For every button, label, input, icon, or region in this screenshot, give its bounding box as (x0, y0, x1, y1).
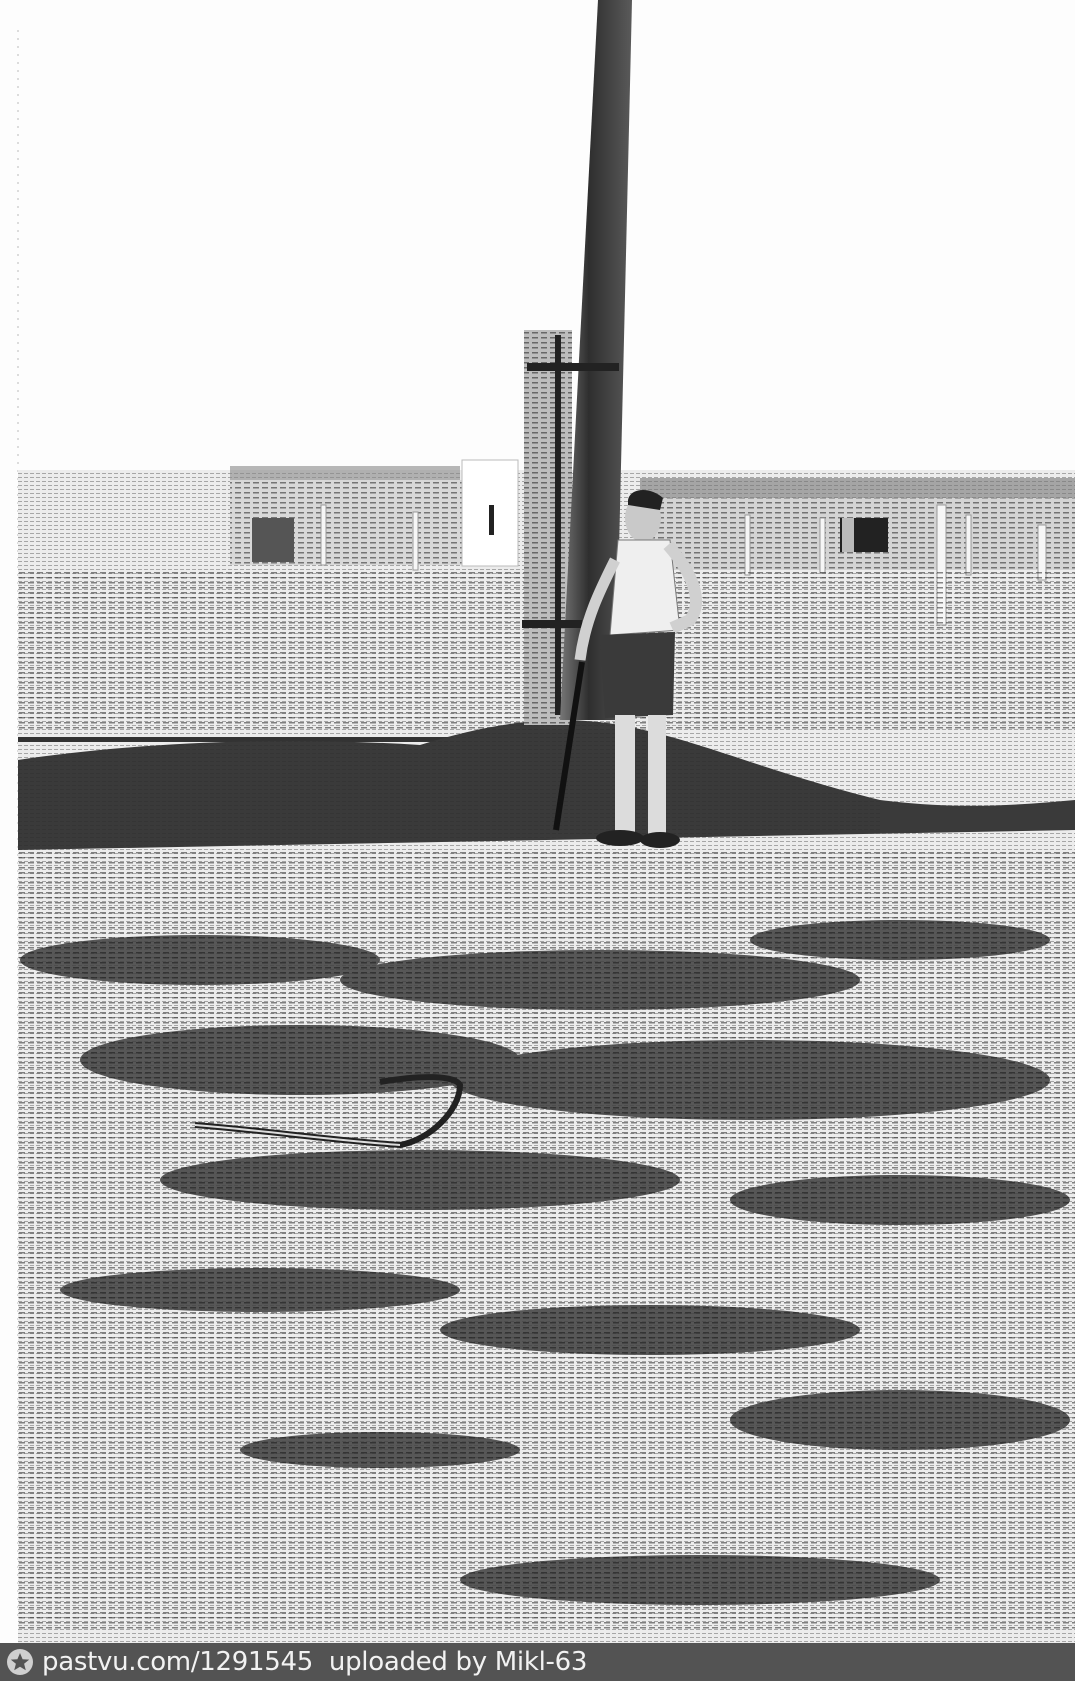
photograph (0, 0, 1075, 1643)
pastvu-star-icon (6, 1648, 34, 1676)
photo-scene (0, 0, 1075, 1643)
watermark-text: pastvu.com/1291545 uploaded by Mikl-63 (42, 1647, 587, 1677)
watermark-bar: pastvu.com/1291545 uploaded by Mikl-63 (0, 1643, 1075, 1681)
